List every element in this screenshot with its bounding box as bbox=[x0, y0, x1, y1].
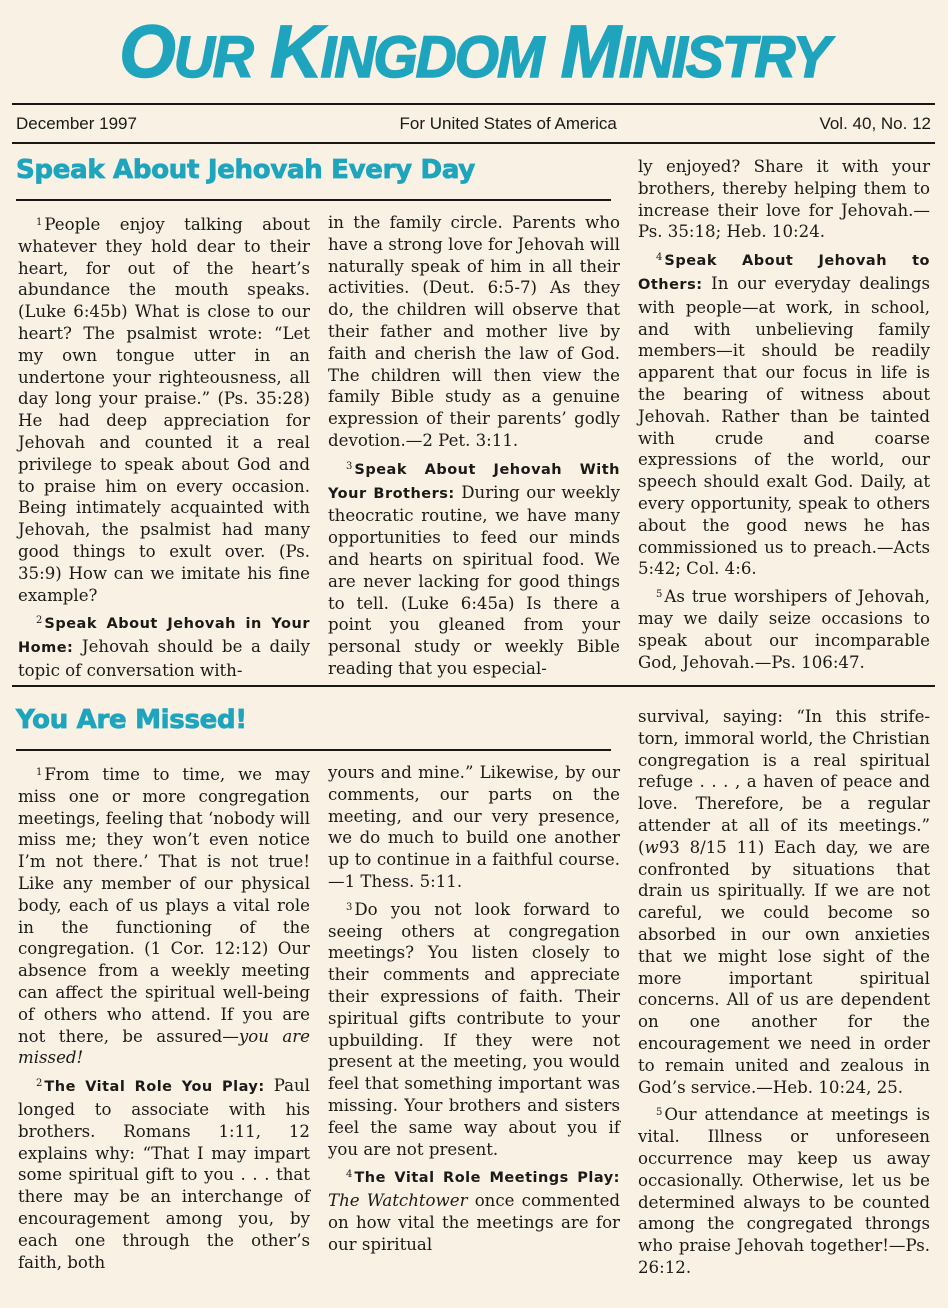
masthead-rule-top bbox=[12, 103, 935, 105]
issue-region: For United States of America bbox=[400, 114, 617, 134]
article-title-rule bbox=[16, 749, 611, 751]
paragraph-text: Our attendance at meetings is vital. Ill… bbox=[638, 1105, 930, 1277]
title-rest: INGDOM bbox=[321, 25, 543, 90]
paragraph-continued: yours and mine.” Likewise, by our commen… bbox=[328, 762, 620, 893]
paragraph-text: Paul longed to associate with his brothe… bbox=[18, 1076, 310, 1271]
section-divider bbox=[12, 685, 935, 687]
article2-column-1: 1From time to time, we may miss one or m… bbox=[18, 762, 310, 1277]
title-initial: O bbox=[119, 10, 173, 93]
paragraph-text: People enjoy talking about whatever they… bbox=[18, 215, 310, 605]
paragraph-text: During our weekly theocratic routine, we… bbox=[328, 483, 620, 678]
paragraph-text: survival, saying: “In this strife-torn, … bbox=[638, 707, 930, 857]
paragraph-text: As true worshipers of Jehovah, may we da… bbox=[638, 587, 930, 671]
paragraph: 3Do you not look forward to seeing other… bbox=[328, 897, 620, 1161]
article-title: Speak About Jehovah Every Day bbox=[16, 153, 475, 187]
paragraph: 5Our attendance at meetings is vital. Il… bbox=[638, 1102, 930, 1278]
paragraph-number: 4 bbox=[656, 252, 662, 263]
masthead: OUR KINGDOM MINISTRY bbox=[0, 4, 948, 100]
paragraph-number: 2 bbox=[36, 1078, 42, 1089]
paragraph: 2The Vital Role You Play: Paul longed to… bbox=[18, 1073, 310, 1273]
publication-name: The Watchtower bbox=[328, 1191, 468, 1210]
paragraph-continued: ly enjoyed? Share it with your brothers,… bbox=[638, 156, 930, 243]
paragraph-text: In our everyday dealings with people—at … bbox=[638, 274, 930, 578]
paragraph-continued: in the family circle. Parents who have a… bbox=[328, 212, 620, 452]
paragraph-number: 3 bbox=[346, 902, 352, 913]
paragraph: 2Speak About Jehovah in Your Home: Jehov… bbox=[18, 610, 310, 681]
paragraph-number: 5 bbox=[656, 1107, 662, 1118]
paragraph: 1From time to time, we may miss one or m… bbox=[18, 762, 310, 1069]
paragraph-number: 3 bbox=[346, 461, 352, 472]
article-title: You Are Missed! bbox=[16, 703, 247, 737]
issue-date: December 1997 bbox=[16, 114, 137, 134]
paragraph-text: From time to time, we may miss one or mo… bbox=[18, 765, 310, 1046]
title-initial: K bbox=[270, 10, 320, 93]
publication-title: OUR KINGDOM MINISTRY bbox=[119, 4, 828, 106]
paragraph: 4The Vital Role Meetings Play: The Watch… bbox=[328, 1164, 620, 1255]
paragraph-number: 4 bbox=[346, 1169, 352, 1180]
article2-column-2: yours and mine.” Likewise, by our commen… bbox=[328, 762, 620, 1260]
issue-info-bar: December 1997 For United States of Ameri… bbox=[16, 110, 931, 138]
paragraph-number: 1 bbox=[36, 767, 42, 778]
paragraph-continued: survival, saying: “In this strife-torn, … bbox=[638, 706, 930, 1098]
article1-column-1: 1People enjoy talking about whatever the… bbox=[18, 212, 310, 686]
paragraph-text: in the family circle. Parents who have a… bbox=[328, 213, 620, 450]
title-rest: INISTRY bbox=[619, 25, 828, 90]
article-title-rule bbox=[16, 199, 611, 201]
paragraph: 5As true worshipers of Jehovah, may we d… bbox=[638, 584, 930, 673]
paragraph-text: yours and mine.” Likewise, by our commen… bbox=[328, 763, 620, 891]
article2-column-3: survival, saying: “In this strife-torn, … bbox=[638, 706, 930, 1283]
paragraph-text: 93 8/15 11) Each day, we are confronted … bbox=[638, 838, 930, 1097]
paragraph-number: 5 bbox=[656, 589, 662, 600]
paragraph-number: 1 bbox=[36, 217, 42, 228]
paragraph-number: 2 bbox=[36, 615, 42, 626]
issue-volume: Vol. 40, No. 12 bbox=[819, 114, 931, 134]
title-initial: M bbox=[561, 10, 619, 93]
title-rest: UR bbox=[174, 25, 252, 90]
article1-column-2: in the family circle. Parents who have a… bbox=[328, 212, 620, 684]
paragraph: 3Speak About Jehovah With Your Brothers:… bbox=[328, 456, 620, 680]
masthead-rule-bottom bbox=[12, 142, 935, 144]
article1-column-3: ly enjoyed? Share it with your brothers,… bbox=[638, 156, 930, 677]
paragraph-subhead: The Vital Role Meetings Play: bbox=[354, 1170, 620, 1186]
paragraph-subhead: The Vital Role You Play: bbox=[44, 1079, 264, 1095]
reference-code: w bbox=[644, 838, 658, 857]
paragraph: 1People enjoy talking about whatever the… bbox=[18, 212, 310, 606]
paragraph-text: ly enjoyed? Share it with your brothers,… bbox=[638, 157, 930, 241]
paragraph-text: Do you not look forward to seeing others… bbox=[328, 900, 620, 1159]
paragraph: 4Speak About Jehovah to Others: In our e… bbox=[638, 247, 930, 580]
